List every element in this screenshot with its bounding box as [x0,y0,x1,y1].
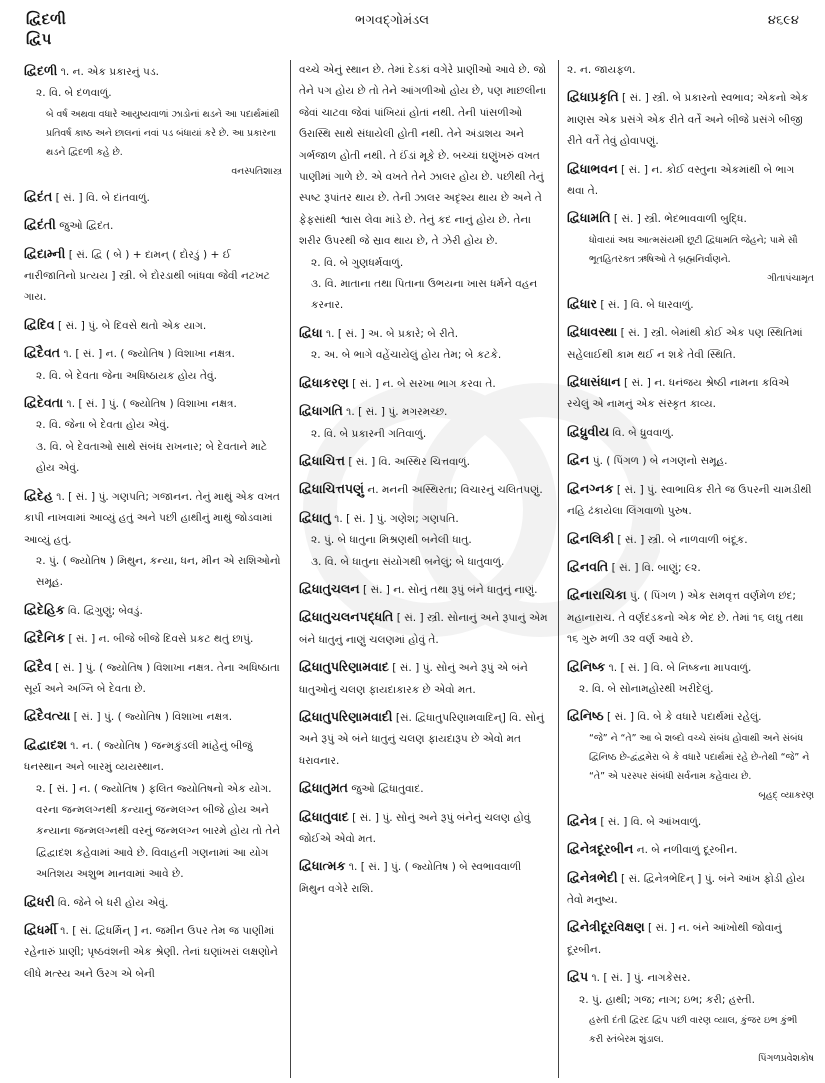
dictionary-entry: દ્વિધાતુ ૧. [ સં. ] પું. ગણેશ; ગણપતિ.૨. … [299,507,550,573]
entry-definition: ૩. વિ. માતાના તથા પિતાના ઉભયના ખાસ ધર્મન… [299,274,550,317]
page-number: ૪૬૯૪ [768,13,799,28]
page-header: દ્વિદળી દ્વિપ ભગવદ્ગોમંડલ ૪૬૯૪ [0,0,825,56]
entry-headword: દ્વિનિષ્ક [567,659,605,674]
entry-definition: દ્વિધા ૧. [ સં. ] અ. બે પ્રકારે; બે રીતે… [299,322,550,345]
dictionary-entry: દ્વિનિષ્ક ૧. [ સં. ] વિ. બે નિષ્કના માપવ… [567,656,814,701]
entry-definition: દ્વિધાસંધાન [ સં. ] ન. ધનંજય શ્રેષ્ઠી ના… [567,371,814,416]
entry-headword: દ્વિધ્રુવીય [567,424,609,439]
quotation-source: પિંગળપ્રવેશકોષ [567,1049,814,1068]
entry-definition: ૨. પું. હાથી; ગજ; નાગ; ઇભ; કરી; હસ્તી. [567,990,814,1011]
entry-headword: દ્વિદંત [24,189,52,204]
definition-text: ૨. ન. જાયફળ. [567,64,636,76]
entry-definition: દ્વિધાતુચલન [ સં. ] ન. સોનું તથા રૂપું બ… [299,578,550,601]
entry-headword: દ્વિધાતુપરિણામવાદી [299,709,392,724]
dictionary-entry: દ્વિદૈવ [ સં. ] પું. ( જ્યોતિષ ) વિશાખા … [24,656,282,701]
entry-definition: દ્વિદંત [ સં. ] વિ. બે દાંતવાળું. [24,186,282,209]
guide-word-bottom: દ્વિપ [26,30,51,48]
guide-word-top: દ્વિદળી [26,10,66,28]
entry-definition: દ્વિનેત્રભેદી [ સં. દ્વિનેત્રભેદિન્ ] પુ… [567,867,814,912]
definition-text: [ સં. ] ન. બીજે બીજે દિવસે પ્રકટ થતું છા… [68,633,253,645]
dictionary-entry: દ્વિધર્મી ૧. [ સં. દ્વિધર્મિન્ ] ન. જમીન… [24,919,282,985]
entry-headword: દ્વિન [567,452,589,467]
dictionary-entry: દ્વિનેત્ર [ સં. ] વિ. બે આંખવાળું. [567,810,814,833]
entry-headword: દ્વિધામતિ [567,210,611,225]
entry-definition: ૩. વિ. બે દેવતાઓ સાથે સંબંધ રાખનાર; બે દ… [24,437,282,480]
definition-text: ૨. પું. બે ધાતુના મિશ્રણથી બનેલી ધાતુ. [311,534,472,546]
entry-headword: દ્વિદૈવત [24,345,60,360]
entry-headword: દ્વિનલિકી [567,531,614,546]
entry-definition: ૨. અ. બે ભાગે વહેંચાયેલું હોય તેમ; બે કટ… [299,345,550,366]
definition-text: ૧. ન. એક પ્રકારનું પડ. [61,66,159,78]
entry-definition: દ્વિદિવ [ સં. ] પું. બે દિવસે થતો એક યાગ… [24,314,282,337]
entry-headword: દ્વિદેહિક [24,602,65,617]
entry-headword: દ્વિનેત્ર [567,813,597,828]
entry-definition: દ્વિધાભવન [ સં. ] ન. કોઈ વસ્તુના એકમાંથી… [567,158,814,203]
definition-text: ૧. [ સં. ] પું. નાગકેસર. [591,972,690,984]
entry-definition: ૨. [ સં. ] ન. ( જ્યોતિષ ) ફલિત જ્યોતિષનો… [24,779,282,886]
definition-text: [ સં. ] ન. સોનું તથા રૂપું બંને ધાતુનું … [363,584,538,596]
entry-headword: દ્વિનારાચિકા [567,587,627,602]
entry-headword: દ્વિધર્મી [24,922,57,937]
dictionary-entry: દ્વિધાર [ સં. ] વિ. બે ધારવાળું. [567,293,814,316]
dictionary-entry: દ્વિન પું. ( પિંગળ ) બે નગણનો સમૂહ. [567,449,814,472]
dictionary-entry: દ્વિદળી ૧. ન. એક પ્રકારનું પડ.૨. વિ. બે … [24,60,282,181]
definition-text: ૧. [ સં. ] પું. મગરમચ્છ. [346,406,447,418]
dictionary-entry: દ્વિદિવ [ સં. ] પું. બે દિવસે થતો એક યાગ… [24,314,282,337]
definition-text: ૧. [ સં. ] પું. ગણપતિ; ગજાનન. તેનું માથુ… [24,491,280,546]
definition-text: [ સં. ] વિ. બાણું; ૯૨. [612,562,701,574]
entry-definition: દ્વિદ્વાદશ ૧. ન. ( જ્યોતિષ ) જન્મકુંડલી … [24,734,282,779]
dictionary-entry: દ્વિનલિકી [ સં. ] સ્ત્રી. બે નાળવાળી બંદ… [567,528,814,551]
entry-definition: દ્વિદૈવત ૧. [ સં. ] ન. ( જ્યોતિષ ) વિશાખ… [24,342,282,365]
definition-text: ૧. [ સં. દ્વિધર્મિન્ ] ન. જમીન ઉપર તેમ જ… [24,925,278,980]
entry-definition: દ્વિદૈનિક [ સં. ] ન. બીજે બીજે દિવસે પ્ર… [24,627,282,650]
entry-headword: દ્વિધાવસ્થા [567,324,617,339]
entry-definition: દ્વિધાતુમત જુઓ દ્વિધાતુવાદ. [299,777,550,800]
entry-headword: દ્વિદેહ [24,488,53,503]
entry-headword: દ્વિનવતિ [567,559,608,574]
entry-headword: દ્વિધાચિત્ત [299,453,345,468]
entry-definition: દ્વિધાકરણ [ સં. ] ન. બે સરખા ભાગ કરવા તે… [299,372,550,395]
entry-quotation: ધોવાયાં અઘ આત્મસંયમી છૂટી દ્વિધામતિ જેહન… [567,231,814,269]
dictionary-entry: દ્વિદૈનિક [ સં. ] ન. બીજે બીજે દિવસે પ્ર… [24,627,282,650]
definition-text: ૨. અ. બે ભાગે વહેંચાયેલું હોય તેમ; બે કટ… [311,349,501,361]
entry-headword: દ્વિદિવ [24,317,55,332]
dictionary-entry: વચ્ચે એનું સ્થાન છે. તેમાં દેડકાં વગેરે … [299,60,550,317]
entry-definition: ૨. પું. બે ધાતુના મિશ્રણથી બનેલી ધાતુ. [299,530,550,551]
entry-headword: દ્વિનિષ્ઠ [567,708,604,723]
dictionary-entry: દ્વિનિષ્ઠ [ સં. ] વિ. બે કે વધારે પદાર્થ… [567,705,814,804]
definition-text: વિ. જેને બે ધરી હોય એવું. [58,897,168,909]
definition-text: [ સં. ] વિ. બે દાંતવાળું. [56,192,150,204]
entry-definition: દ્વિનેત્રીદૂરવિક્ષણ [ સં. ] ન. બંને આંખો… [567,916,814,961]
entry-definition: ૩. વિ. બે ધાતુના સંયોગથી બનેલું; બે ધાતુ… [299,552,550,573]
entry-definition: દ્વિનિષ્ક ૧. [ સં. ] વિ. બે નિષ્કના માપવ… [567,656,814,679]
definition-text: [ સં. ] સ્ત્રી. બે નાળવાળી બંદૂક. [617,534,747,546]
entry-definition: દ્વિધર્મી ૧. [ સં. દ્વિધર્મિન્ ] ન. જમીન… [24,919,282,985]
dictionary-entry: દ્વિધાતુચલનપદ્ધતિ [ સં. ] સ્ત્રી. સોનાનુ… [299,606,550,651]
entry-definition: દ્વિદેહિક વિ. દ્વિગુણું; બેવડું. [24,599,282,622]
dictionary-entry: દ્વિધાતુમત જુઓ દ્વિધાતુવાદ. [299,777,550,800]
dictionary-entry: દ્વિધામતિ [ સં. ] સ્ત્રી. ભેદભાવવાળી બુદ… [567,207,814,287]
definition-text: વિ. બે ધ્રુવવાળું. [612,427,673,439]
entry-headword: દ્વિદ્વાદશ [24,737,67,752]
entry-definition: ૨. વિ. બે દળવાળું. [24,83,282,104]
dictionary-entry: દ્વિધાકરણ [ સં. ] ન. બે સરખા ભાગ કરવા તે… [299,372,550,395]
dictionary-entry: દ્વિધાસંધાન [ સં. ] ન. ધનંજય શ્રેષ્ઠી ના… [567,371,814,416]
entry-definition: દ્વિધાત્મક ૧. [ સં. ] પું. ( જ્યોતિષ ) બ… [299,855,550,900]
entry-definition: દ્વિદેવતા ૧. [ સં. ] પું. ( જ્યોતિષ ) વિ… [24,392,282,415]
entry-headword: દ્વિધાર [567,296,597,311]
entry-definition: દ્વિદેહ ૧. [ સં. ] પું. ગણપતિ; ગજાનન. તે… [24,485,282,551]
entry-definition: દ્વિનલિકી [ સં. ] સ્ત્રી. બે નાળવાળી બંદ… [567,528,814,551]
definition-text: ૨. વિ. બે દેવતા જેના અધિષ્ઠાયક હોય તેવું… [36,370,217,382]
definition-text: [ સં. ] વિ. અસ્થિર ચિત્તવાળું. [348,456,470,468]
dictionary-entry: દ્વિધાચિત્ત [ સં. ] વિ. અસ્થિર ચિત્તવાળુ… [299,450,550,473]
entry-definition: દ્વિધાર [ સં. ] વિ. બે ધારવાળું. [567,293,814,316]
entry-headword: દ્વિધરી [24,894,55,909]
dictionary-entry: દ્વિધરી વિ. જેને બે ધરી હોય એવું. [24,891,282,914]
dictionary-entry: દ્વિધાતુપરિણામવાદી [સં. દ્વિધાતુપરિણામવા… [299,706,550,772]
definition-text: ૨. વિ. બે ગુણધર્મવાળું. [311,257,403,269]
definition-text: [ સં. ] વિ. બે આંખવાળું. [600,816,701,828]
definition-text: ૧. [ સં. ] વિ. બે નિષ્કના માપવાળું. [609,662,752,674]
dictionary-entry: દ્વિદામ્ની [ સં. દ્વિ ( બે ) + દામન્ ( દ… [24,243,282,309]
column-1: દ્વિદળી ૧. ન. એક પ્રકારનું પડ.૨. વિ. બે … [24,60,290,1078]
entry-definition: દ્વિનગ્નક [ સં. ] પું. સ્વાભાવિક રીતે જ … [567,478,814,523]
entry-headword: દ્વિધાપ્રકૃતિ [567,89,619,104]
entry-definition: દ્વિન પું. ( પિંગળ ) બે નગણનો સમૂહ. [567,449,814,472]
entry-definition: ૨. વિ. બે સોનામહોરથી ખરીદેલું. [567,679,814,700]
entry-headword: દ્વિનગ્નક [567,481,613,496]
dictionary-entry: દ્વિનેત્રીદૂરવિક્ષણ [ સં. ] ન. બંને આંખો… [567,916,814,961]
entry-quotation: “જે” ને “તે” આ બે શબ્દો વચ્ચે સંબંધ હોવા… [567,729,814,786]
dictionary-columns: દ્વિદળી ૧. ન. એક પ્રકારનું પડ.૨. વિ. બે … [24,60,814,1078]
entry-headword: દ્વિદૈવત્યા [24,708,70,723]
entry-definition: દ્વિધાતુચલનપદ્ધતિ [ સં. ] સ્ત્રી. સોનાનુ… [299,606,550,651]
entry-headword: દ્વિદંતી [24,217,56,232]
dictionary-entry: દ્વિદંત [ સં. ] વિ. બે દાંતવાળું. [24,186,282,209]
entry-definition: દ્વિધાતુપરિણામવાદ [ સં. ] પું. સોનું અને… [299,656,550,701]
entry-headword: દ્વિનેત્રભેદી [567,870,618,885]
entry-definition: દ્વિધાતુ ૧. [ સં. ] પું. ગણેશ; ગણપતિ. [299,507,550,530]
definition-text: જુઓ દ્વિદંત. [59,220,113,232]
entry-definition: દ્વિનેત્ર [ સં. ] વિ. બે આંખવાળું. [567,810,814,833]
definition-text: ૨. વિ. બે સોનામહોરથી ખરીદેલું. [579,683,713,695]
definition-text: વચ્ચે એનું સ્થાન છે. તેમાં દેડકાં વગેરે … [299,64,546,247]
entry-headword: દ્વિનેત્રીદૂરવિક્ષણ [567,919,645,934]
dictionary-entry: દ્વિધાપ્રકૃતિ [ સં. ] સ્ત્રી. બે પ્રકારન… [567,86,814,152]
entry-headword: દ્વિનેત્રદૂરબીન [567,841,633,856]
entry-headword: દ્વિધાતુમત [299,780,348,795]
entry-definition: દ્વિદંતી જુઓ દ્વિદંત. [24,214,282,237]
definition-text: ૨. વિ. બે પ્રકારની ગતિવાળું. [311,428,426,440]
dictionary-entry: દ્વિનવતિ [ સં. ] વિ. બાણું; ૯૨. [567,556,814,579]
definition-text: ૧. [ સં. ] પું. ( જ્યોતિષ ) વિશાખા નક્ષત… [67,398,237,410]
dictionary-entry: દ્વિધ્રુવીય વિ. બે ધ્રુવવાળું. [567,421,814,444]
definition-text: ૨. [ સં. ] ન. ( જ્યોતિષ ) ફલિત જ્યોતિષનો… [36,783,280,881]
definition-text: ન. બે નળીવાળું દૂરબીન. [637,844,738,856]
entry-headword: દ્વિદૈવ [24,659,52,674]
entry-definition: ૨. વિ. બે ગુણધર્મવાળું. [299,253,550,274]
entry-headword: દ્વિદળી [24,63,57,78]
entry-definition: દ્વિનિષ્ઠ [ સં. ] વિ. બે કે વધારે પદાર્થ… [567,705,814,728]
dictionary-entry: દ્વિદંતી જુઓ દ્વિદંત. [24,214,282,237]
dictionary-entry: દ્વિદૈવત ૧. [ સં. ] ન. ( જ્યોતિષ ) વિશાખ… [24,342,282,387]
definition-text: ૩. વિ. બે દેવતાઓ સાથે સંબંધ રાખનાર; બે દ… [36,441,267,474]
definition-text: ૧. [ સં. ] ન. ( જ્યોતિષ ) વિશાખા નક્ષત્ર… [63,348,234,360]
dictionary-entry: દ્વિધાગતિ ૧. [ સં. ] પું. મગરમચ્છ.૨. વિ.… [299,400,550,445]
entry-definition: દ્વિદળી ૧. ન. એક પ્રકારનું પડ. [24,60,282,83]
entry-definition: દ્વિધાચિત્તપણું ન. મનની અસ્થિરતા; વિચારન… [299,478,550,501]
entry-headword: દ્વિપ [567,969,588,984]
entry-definition: દ્વિધામતિ [ સં. ] સ્ત્રી. ભેદભાવવાળી બુદ… [567,207,814,230]
quotation-source: બૃહદ્ વ્યાકરણ [567,786,814,805]
dictionary-entry: દ્વિનેત્રભેદી [ સં. દ્વિનેત્રભેદિન્ ] પુ… [567,867,814,912]
dictionary-entry: દ્વિધાત્મક ૧. [ સં. ] પું. ( જ્યોતિષ ) બ… [299,855,550,900]
entry-definition: દ્વિધાતુપરિણામવાદી [સં. દ્વિધાતુપરિણામવા… [299,706,550,772]
entry-definition: ૨. પું. ( જ્યોતિષ ) મિથુન, કન્યા, ધન, મી… [24,551,282,594]
definition-text: [ સં. ] ન. બે સરખા ભાગ કરવા તે. [352,378,496,390]
entry-definition: દ્વિનવતિ [ સં. ] વિ. બાણું; ૯૨. [567,556,814,579]
entry-headword: દ્વિધાભવન [567,161,618,176]
entry-definition: દ્વિપ ૧. [ સં. ] પું. નાગકેસર. [567,966,814,989]
entry-headword: દ્વિધાગતિ [299,403,343,418]
entry-definition: દ્વિધાગતિ ૧. [ સં. ] પું. મગરમચ્છ. [299,400,550,423]
definition-text: [ સં. ] પું. બે દિવસે થતો એક યાગ. [58,320,206,332]
definition-text: ૩. વિ. બે ધાતુના સંયોગથી બનેલું; બે ધાતુ… [311,556,504,568]
running-title: ભગવદ્ગોમંડલ [355,13,429,28]
entry-definition: દ્વિધાતુવાદ [ સં. ] પું. સોનું અને રૂપું… [299,806,550,851]
definition-text: [ સં. ] પું. ( જ્યોતિષ ) વિશાખા નક્ષત્ર. [74,711,232,723]
definition-text: ૧. [ સં. ] અ. બે પ્રકારે; બે રીતે. [326,328,458,340]
entry-headword: દ્વિધાતુવાદ [299,809,349,824]
definition-text: ૩. વિ. માતાના તથા પિતાના ઉભયના ખાસ ધર્મન… [311,278,537,311]
entry-definition: દ્વિધ્રુવીય વિ. બે ધ્રુવવાળું. [567,421,814,444]
definition-text: ૨. વિ. બે દળવાળું. [36,87,112,99]
entry-definition: ૨. વિ. બે પ્રકારની ગતિવાળું. [299,424,550,445]
dictionary-entry: દ્વિદેહિક વિ. દ્વિગુણું; બેવડું. [24,599,282,622]
entry-definition: દ્વિનેત્રદૂરબીન ન. બે નળીવાળું દૂરબીન. [567,838,814,861]
entry-headword: દ્વિધાતુચલનપદ્ધતિ [299,609,393,624]
definition-text: ૨. પું. હાથી; ગજ; નાગ; ઇભ; કરી; હસ્તી. [579,994,755,1006]
definition-text: [ સં. ] પું. ( જ્યોતિષ ) વિશાખા નક્ષત્ર.… [24,662,280,695]
definition-text: [ સં. ] વિ. બે ધારવાળું. [600,299,693,311]
entry-headword: દ્વિધાત્મક [299,858,345,873]
dictionary-entry: દ્વિદ્વાદશ ૧. ન. ( જ્યોતિષ ) જન્મકુંડલી … [24,734,282,886]
entry-definition: દ્વિદૈવત્યા [ સં. ] પું. ( જ્યોતિષ ) વિશ… [24,705,282,728]
dictionary-entry: દ્વિપ ૧. [ સં. ] પું. નાગકેસર.૨. પું. હા… [567,966,814,1068]
entry-definition: દ્વિધરી વિ. જેને બે ધરી હોય એવું. [24,891,282,914]
definition-text: [ સં. ] વિ. બે કે વધારે પદાર્થમાં રહેલું… [607,711,762,723]
dictionary-entry: દ્વિધાતુવાદ [ સં. ] પું. સોનું અને રૂપું… [299,806,550,851]
dictionary-entry: દ્વિધાતુપરિણામવાદ [ સં. ] પું. સોનું અને… [299,656,550,701]
entry-headword: દ્વિધાતુચલન [299,581,360,596]
entry-definition: ૨. વિ. બે દેવતા જેના અધિષ્ઠાયક હોય તેવું… [24,366,282,387]
dictionary-entry: દ્વિદેહ ૧. [ સં. ] પું. ગણપતિ; ગજાનન. તે… [24,485,282,594]
quotation-source: ગીતાપંચામૃત [567,269,814,288]
entry-quotation: બે વર્ષ અથવા વધારે આયુષ્યવાળાં ઝાડોનાં થ… [24,105,282,162]
entry-definition: દ્વિદામ્ની [ સં. દ્વિ ( બે ) + દામન્ ( દ… [24,243,282,309]
definition-text: જુઓ દ્વિધાતુવાદ. [351,783,423,795]
entry-definition: દ્વિધાપ્રકૃતિ [ સં. ] સ્ત્રી. બે પ્રકારન… [567,86,814,152]
dictionary-entry: દ્વિધાભવન [ સં. ] ન. કોઈ વસ્તુના એકમાંથી… [567,158,814,203]
definition-text: ન. મનની અસ્થિરતા; વિચારનું ચલિતપણું. [367,484,542,496]
entry-headword: દ્વિધાતુ [299,510,331,525]
dictionary-entry: દ્વિધાચિત્તપણું ન. મનની અસ્થિરતા; વિચારન… [299,478,550,501]
entry-definition: વચ્ચે એનું સ્થાન છે. તેમાં દેડકાં વગેરે … [299,60,550,253]
entry-definition: ૨. ન. જાયફળ. [567,60,814,81]
dictionary-entry: દ્વિનેત્રદૂરબીન ન. બે નળીવાળું દૂરબીન. [567,838,814,861]
entry-headword: દ્વિધા [299,325,323,340]
entry-headword: દ્વિધાચિત્તપણું [299,481,364,496]
dictionary-entry: દ્વિધાવસ્થા [ સં. ] સ્ત્રી. બેમાંથી કોઈ … [567,321,814,366]
entry-definition: દ્વિદૈવ [ સં. ] પું. ( જ્યોતિષ ) વિશાખા … [24,656,282,701]
entry-headword: દ્વિધાસંધાન [567,374,621,389]
column-2: વચ્ચે એનું સ્થાન છે. તેમાં દેડકાં વગેરે … [290,60,558,1078]
definition-text: ૨. વિ. જેના બે દેવતા હોય એવું. [36,419,169,431]
dictionary-entry: દ્વિનગ્નક [ સં. ] પું. સ્વાભાવિક રીતે જ … [567,478,814,523]
definition-text: ૨. પું. ( જ્યોતિષ ) મિથુન, કન્યા, ધન, મી… [36,555,281,588]
dictionary-entry: ૨. ન. જાયફળ. [567,60,814,81]
column-3: ૨. ન. જાયફળ.દ્વિધાપ્રકૃતિ [ સં. ] સ્ત્રી… [558,60,814,1078]
entry-headword: દ્વિધાકરણ [299,375,349,390]
definition-text: પું. ( પિંગળ ) બે નગણનો સમૂહ. [593,455,728,467]
definition-text: વિ. દ્વિગુણું; બેવડું. [68,605,143,617]
entry-headword: દ્વિદામ્ની [24,246,65,261]
dictionary-entry: દ્વિધાતુચલન [ સં. ] ન. સોનું તથા રૂપું બ… [299,578,550,601]
dictionary-entry: દ્વિધા ૧. [ સં. ] અ. બે પ્રકારે; બે રીતે… [299,322,550,367]
definition-text: ૧. [ સં. ] પું. ગણેશ; ગણપતિ. [334,513,459,525]
definition-text: [ સં. ] સ્ત્રી. ભેદભાવવાળી બુદ્ધિ. [614,213,747,225]
dictionary-entry: દ્વિદૈવત્યા [ સં. ] પું. ( જ્યોતિષ ) વિશ… [24,705,282,728]
entry-headword: દ્વિધાતુપરિણામવાદ [299,659,389,674]
entry-headword: દ્વિદેવતા [24,395,63,410]
quotation-source: વનસ્પતિશાસ્ત્ર [24,162,282,181]
entry-headword: દ્વિદૈનિક [24,630,65,645]
dictionary-entry: દ્વિદેવતા ૧. [ સં. ] પું. ( જ્યોતિષ ) વિ… [24,392,282,480]
entry-definition: દ્વિધાવસ્થા [ સં. ] સ્ત્રી. બેમાંથી કોઈ … [567,321,814,366]
dictionary-entry: દ્વિનારાચિકા પું. ( પિંગળ ) એક સમવૃત્ત વ… [567,584,814,650]
entry-definition: દ્વિધાચિત્ત [ સં. ] વિ. અસ્થિર ચિત્તવાળુ… [299,450,550,473]
entry-definition: દ્વિનારાચિકા પું. ( પિંગળ ) એક સમવૃત્ત વ… [567,584,814,650]
entry-definition: ૨. વિ. જેના બે દેવતા હોય એવું. [24,415,282,436]
entry-quotation: હસ્તી દંતી દ્વિરદ દ્વિપ પછી વારણ વ્યાલ, … [567,1011,814,1049]
